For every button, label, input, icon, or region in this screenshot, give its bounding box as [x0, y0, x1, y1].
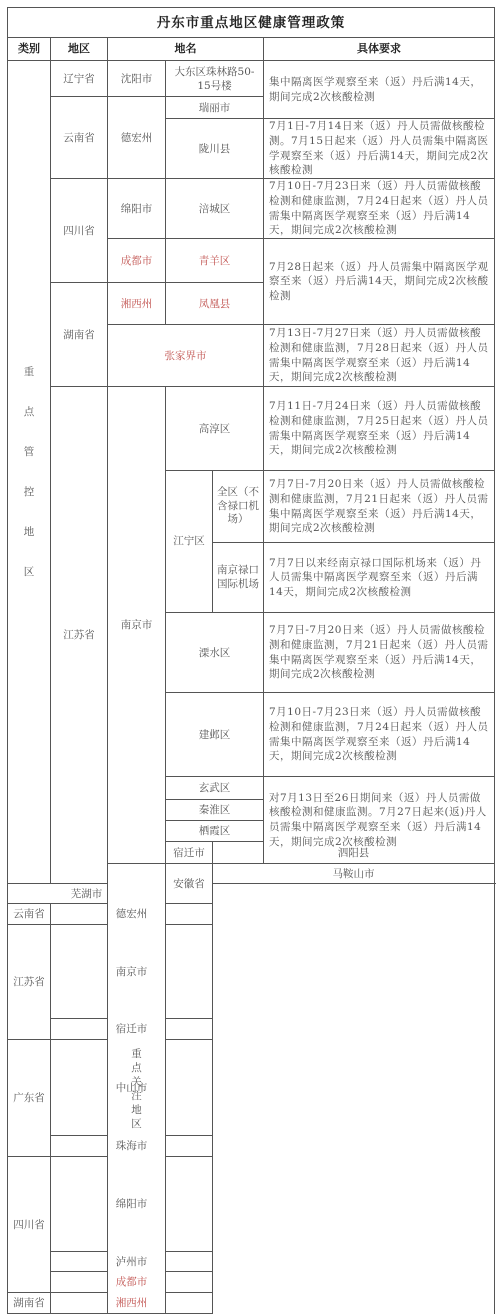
province-cell: 云南省	[8, 904, 51, 925]
province-cell: 湖南省	[51, 283, 108, 387]
requirement-cell: 7月7日以来经南京禄口国际机场来（返）丹人员需集中隔离医学观察至来（返）丹后满1…	[264, 543, 495, 613]
subplace-cell: 南京禄口国际机场	[213, 543, 264, 613]
city-cell: 绵阳市	[108, 179, 166, 239]
place-cell: 江宁区	[166, 471, 213, 613]
requirement-cell: 7月7日-7月20日来（返）丹人员需做核酸检测和健康监测，7月21日起来（返）丹…	[264, 471, 495, 543]
requirement-cell: 集中隔离医学观察至来（返）丹后满14天，期间完成2次核酸检测	[264, 61, 495, 119]
requirement-cell: 7月13日-7月27日来（返）丹人员需做核酸检测和健康监测，7月28日起来（返）…	[264, 325, 495, 387]
city-cell: 沈阳市	[108, 61, 166, 97]
city-cell: 南京市	[108, 387, 166, 864]
province-cell: 广东省	[8, 1040, 51, 1113]
header-category: 类别	[8, 38, 51, 61]
place-cell: 德宏州	[51, 904, 213, 925]
place-cell: 大东区珠林路50-15号楼	[166, 61, 264, 97]
requirement-cell: 7月7日-7月20日来（返）丹人员需做核酸检测和健康监测，7月21日起来（返）丹…	[264, 613, 495, 693]
city-cell: 宿迁市	[166, 842, 213, 864]
policy-table: 丹东市重点地区健康管理政策 类别 地区 地名 具体要求 重 点 管 控 地 区 …	[7, 7, 495, 1113]
requirement-cell: 7月10日-7月23日来（返）丹人员需做核酸检测和健康监测，7月24日起来（返）…	[264, 179, 495, 239]
subplace-cell: 全区（不含禄口机场）	[213, 471, 264, 543]
place-cell: 南京市	[51, 925, 213, 1019]
province-cell: 安徽省	[166, 864, 213, 904]
place-cell: 凤凰县	[166, 283, 264, 325]
place-cell: 栖霞区	[166, 821, 264, 842]
place-cell: 青羊区	[166, 239, 264, 283]
category-key-control: 重 点 管 控 地 区	[8, 61, 51, 884]
place-cell: 瑞丽市	[166, 97, 264, 119]
place-cell: 马鞍山市	[213, 864, 495, 884]
province-cell: 辽宁省	[51, 61, 108, 97]
requirement-cell: 7月10日-7月23日来（返）丹人员需做核酸检测和健康监测，7月24日起来（返）…	[264, 693, 495, 777]
header-place: 地名	[108, 38, 264, 61]
province-cell: 江苏省	[8, 925, 51, 1040]
requirement-cell: 7月1日-7月14日来（返）丹人员需做核酸检测。7月15日起来（返）丹人员需集中…	[264, 119, 495, 179]
province-cell: 云南省	[51, 97, 108, 179]
city-cell: 德宏州	[108, 97, 166, 179]
place-cell: 建邺区	[166, 693, 264, 777]
province-cell: 四川省	[51, 179, 108, 283]
place-cell: 秦淮区	[166, 800, 264, 821]
place-cell: 玄武区	[166, 777, 264, 800]
requirement-cell: 7月11日-7月24日来（返）丹人员需做核酸检测和健康监测，7月25日起来（返）…	[264, 387, 495, 471]
city-cell: 湘西州	[108, 283, 166, 325]
city-cell: 成都市	[108, 239, 166, 283]
place-cell: 陇川县	[166, 119, 264, 179]
city-cell: 张家界市	[108, 325, 264, 387]
place-cell: 芜湖市	[8, 884, 166, 904]
header-region: 地区	[51, 38, 108, 61]
requirement-cell: 7月28日起来（返）丹人员需集中隔离医学观察至来（返）丹后满14天，期间完成2次…	[264, 239, 495, 325]
place-cell: 高淳区	[166, 387, 264, 471]
table-title: 丹东市重点地区健康管理政策	[8, 8, 495, 38]
header-requirement: 具体要求	[264, 38, 495, 61]
place-cell: 涪城区	[166, 179, 264, 239]
place-cell: 宿迁市	[51, 1019, 213, 1040]
province-cell: 江苏省	[51, 387, 108, 884]
place-cell: 溧水区	[166, 613, 264, 693]
